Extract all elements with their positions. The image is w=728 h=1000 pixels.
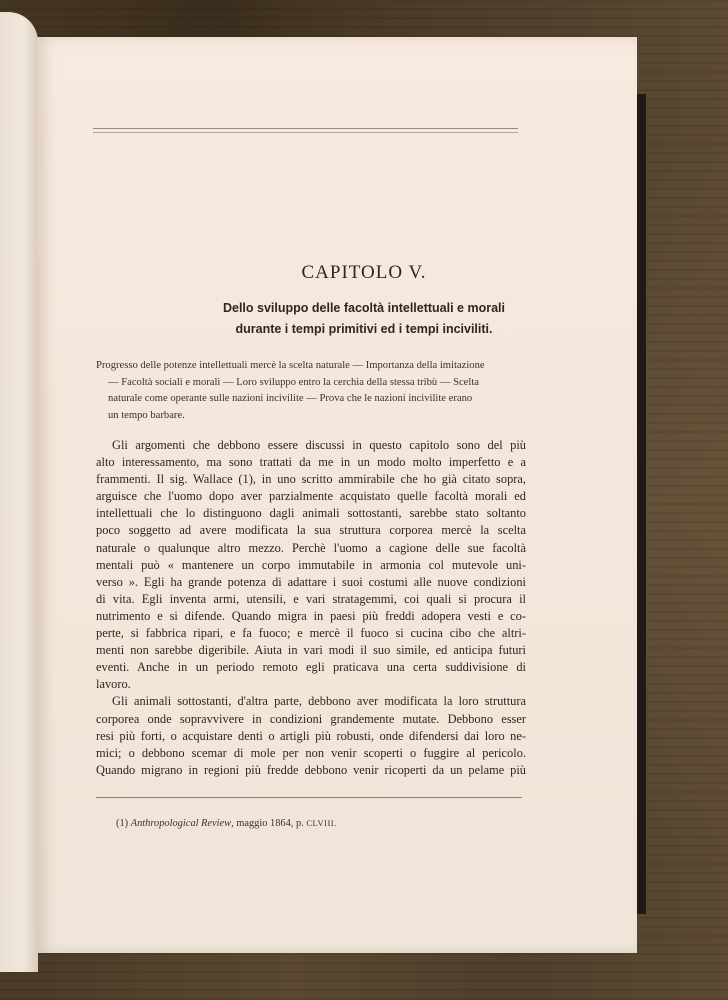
text-line: mici; o debbono scemar di mole per non v… bbox=[96, 745, 526, 762]
text-line: Quando migrano in regioni più fredde deb… bbox=[96, 762, 526, 779]
text-line: poco soggetto ad avere modificata la sua… bbox=[96, 522, 526, 539]
footnote-source-title: Anthropological Review bbox=[131, 818, 231, 829]
text-line: naturale o qualunque altro mezzo. Perchè… bbox=[96, 540, 526, 557]
header-double-rule bbox=[93, 128, 518, 133]
summary-line: un tempo barbare. bbox=[96, 408, 524, 425]
subtitle-line: durante i tempi primitivi ed i tempi inc… bbox=[0, 319, 728, 340]
summary-line: — Facoltà sociali e morali — Loro svilup… bbox=[96, 375, 524, 392]
footnote-rule bbox=[96, 797, 522, 798]
summary-line: naturale come operante sulle nazioni inc… bbox=[96, 391, 524, 408]
footnote-page: CLVIII. bbox=[306, 818, 336, 828]
facing-page-edge bbox=[0, 12, 38, 972]
text-line: Gli animali sottostanti, d'altra parte, … bbox=[96, 693, 526, 710]
text-line: menti non sarebbe digeribile. Aiuta in v… bbox=[96, 642, 526, 659]
subtitle-line: Dello sviluppo delle facoltà intellettua… bbox=[0, 298, 728, 319]
text-line: verso ». Egli ha grande potenza di adatt… bbox=[96, 574, 526, 591]
chapter-summary: Progresso delle potenze intellettuali me… bbox=[96, 358, 524, 424]
footnote-marker: (1) bbox=[116, 818, 128, 829]
chapter-subtitle: Dello sviluppo delle facoltà intellettua… bbox=[0, 298, 728, 340]
text-line: Gli argomenti che debbono essere discuss… bbox=[96, 437, 526, 454]
footnote: (1) Anthropological Review, maggio 1864,… bbox=[116, 818, 337, 829]
text-line: eventi. Anche in un periodo remoto egli … bbox=[96, 659, 526, 676]
text-line: frammenti. Il sig. Wallace (1), in uno s… bbox=[96, 471, 526, 488]
chapter-title: CAPITOLO V. bbox=[0, 262, 728, 284]
text-line: intellettuali che lo distinguono dagli a… bbox=[96, 505, 526, 522]
body-text: Gli argomenti che debbono essere discuss… bbox=[96, 437, 526, 779]
text-line: alto interessamento, ma sono trattati da… bbox=[96, 454, 526, 471]
text-line: perte, si fabbrica ripari, e fa fuoco; e… bbox=[96, 625, 526, 642]
text-line: corporea onde sopravvivere in condizioni… bbox=[96, 711, 526, 728]
footnote-details: , maggio 1864, p. bbox=[231, 818, 306, 829]
text-line: mentali può « mantenere un corpo immutab… bbox=[96, 557, 526, 574]
text-line: nutrimento e si difende. Quando migra in… bbox=[96, 608, 526, 625]
text-line: resi più forti, o acquistare denti o art… bbox=[96, 728, 526, 745]
text-line: lavoro. bbox=[96, 676, 526, 693]
text-line: arguisce che l'uomo dopo aver parzialmen… bbox=[96, 488, 526, 505]
summary-line: Progresso delle potenze intellettuali me… bbox=[96, 358, 524, 375]
text-line: di vita. Egli inventa armi, utensili, e … bbox=[96, 591, 526, 608]
